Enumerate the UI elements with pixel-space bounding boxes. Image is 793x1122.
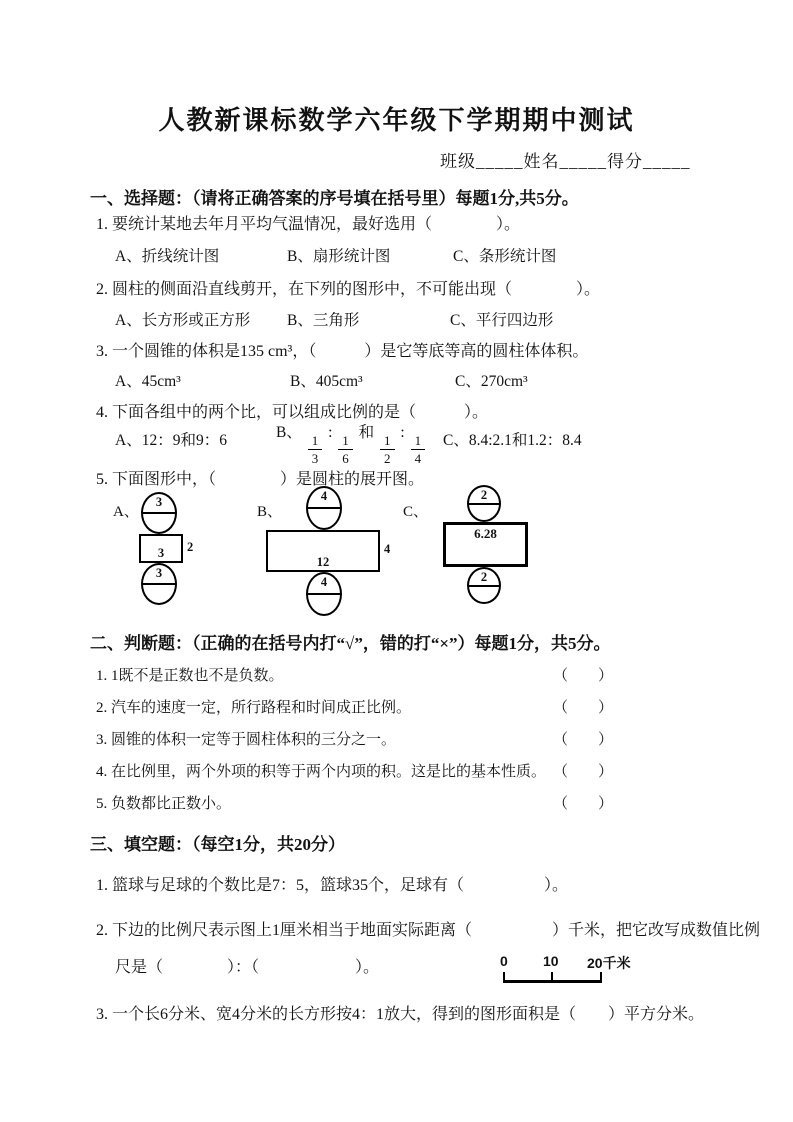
answer-bracket: （ ） (553, 696, 613, 717)
fraction-1-3: 13 (308, 433, 323, 465)
diagram-b-label: B、 (257, 500, 282, 521)
s1-q1-text: 1. 要统计某地去年月平均气温情况，最好选用（ ）。 (96, 211, 520, 234)
s1-q4-option-a: A、12：9和9：6 (115, 428, 227, 450)
answer-bracket: （ ） (553, 792, 613, 813)
student-info-line: 班级_____姓名_____得分_____ (440, 147, 691, 172)
s1-q4-option-b: B、 13 : 16 和 12 : 14 (276, 420, 427, 465)
s1-q1-option-a: A、折线统计图 (115, 244, 219, 266)
scale-tick-0: 0 (500, 953, 508, 969)
answer-bracket: （ ） (553, 664, 613, 685)
section3-heading: 三、填空题：（每空1分，共20分） (90, 830, 345, 855)
s1-q1-option-c: C、条形统计图 (453, 244, 556, 266)
s1-q3-options: A、45cm³ B、405cm³ C、270cm³ (0, 369, 793, 389)
s1-q2-option-c: C、平行四边形 (450, 308, 553, 330)
diagram-b-bottom-circle: 4 (306, 572, 342, 616)
diagram-b-top-circle: 4 (306, 486, 342, 530)
s1-q3-text: 3. 一个圆锥的体积是135 cm³，（ ）是它等底等高的圆柱体体积。 (96, 338, 588, 361)
diagram-b-side-label: 4 (384, 542, 390, 557)
s1-q3-option-a: A、45cm³ (115, 369, 181, 391)
scale-tick-20: 20千米 (587, 953, 631, 973)
s3-q3-text: 3. 一个长6分米、宽4分米的长方形按4：1放大，得到的图形面积是（ ）平方分米… (96, 1001, 704, 1024)
diagram-a-bottom-circle: 3 (141, 563, 177, 605)
s1-q2-options: A、长方形或正方形 B、三角形 C、平行四边形 (0, 308, 793, 328)
s1-q4-options: A、12：9和9：6 B、 13 : 16 和 12 : 14 C、8.4:2.… (0, 420, 793, 456)
diagram-c-top-circle: 2 (467, 485, 501, 522)
s2-item-5: 5. 负数都比正数小。 （ ） (96, 792, 656, 813)
map-scale-bar: 0 10 20千米 (497, 953, 657, 993)
s1-q2-option-b: B、三角形 (287, 308, 359, 330)
s3-q2-line1: 2. 下边的比例尺表示图上1厘米相当于地面实际距离（ ）千米，把它改写成数值比例 (96, 917, 760, 940)
diagram-b-rectangle: 12 (266, 530, 380, 572)
cylinder-net-diagrams: A、 3 3 2 3 B、 4 12 4 4 C、 2 6.28 (90, 480, 730, 620)
s2-item-1: 1. 1既不是正数也不是负数。 （ ） (96, 664, 656, 685)
answer-bracket: （ ） (553, 760, 613, 781)
scale-tick-10: 10 (543, 953, 559, 969)
s3-q1-text: 1. 篮球与足球的个数比是7：5，篮球35个，足球有（ ）。 (96, 872, 568, 895)
diagram-c-rectangle: 6.28 (443, 522, 528, 567)
diagram-c-label: C、 (403, 500, 428, 521)
s1-q1-option-b: B、扇形统计图 (287, 244, 390, 266)
diagram-a-label: A、 (113, 500, 139, 521)
diagram-c-bottom-circle: 2 (467, 567, 501, 604)
scale-bar-line (503, 980, 602, 983)
s1-q2-text: 2. 圆柱的侧面沿直线剪开，在下列的图形中，不可能出现（ ）。 (96, 276, 600, 299)
s1-q4-text: 4. 下面各组中的两个比，可以组成比例的是（ ）。 (96, 399, 488, 422)
s1-q3-option-c: C、270cm³ (455, 369, 528, 391)
page-title: 人教新课标数学六年级下学期期中测试 (0, 100, 793, 137)
answer-bracket: （ ） (553, 728, 613, 749)
s3-q2-line2: 尺是（ ）：（ ）。 (115, 954, 379, 977)
diagram-a-rectangle: 3 (139, 534, 183, 563)
test-paper-page: 人教新课标数学六年级下学期期中测试 班级_____姓名_____得分_____ … (0, 0, 793, 1122)
fraction-1-2: 12 (380, 433, 395, 465)
diagram-a-top-circle: 3 (141, 492, 177, 534)
s2-item-2: 2. 汽车的速度一定，所行路程和时间成正比例。 （ ） (96, 696, 656, 717)
section2-heading: 二、判断题：（正确的在括号内打“√”，错的打“×”）每题1分，共5分。 (90, 629, 611, 654)
section1-heading: 一、选择题：（请将正确答案的序号填在括号里）每题1分,共5分。 (90, 184, 579, 209)
s1-q3-option-b: B、405cm³ (290, 369, 363, 391)
s1-q1-options: A、折线统计图 B、扇形统计图 C、条形统计图 (0, 244, 793, 264)
s2-item-3: 3. 圆锥的体积一定等于圆柱体积的三分之一。 （ ） (96, 728, 656, 749)
fraction-1-4: 14 (411, 433, 426, 465)
s2-item-4: 4. 在比例里，两个外项的积等于两个内项的积。这是比的基本性质。 （ ） (96, 760, 656, 781)
option-b-prefix: B、 (276, 424, 302, 441)
fraction-1-6: 16 (338, 433, 353, 465)
s1-q4-option-c: C、8.4:2.1和1.2：8.4 (443, 428, 582, 450)
s1-q2-option-a: A、长方形或正方形 (115, 308, 250, 330)
diagram-a-side-label: 2 (187, 540, 193, 555)
